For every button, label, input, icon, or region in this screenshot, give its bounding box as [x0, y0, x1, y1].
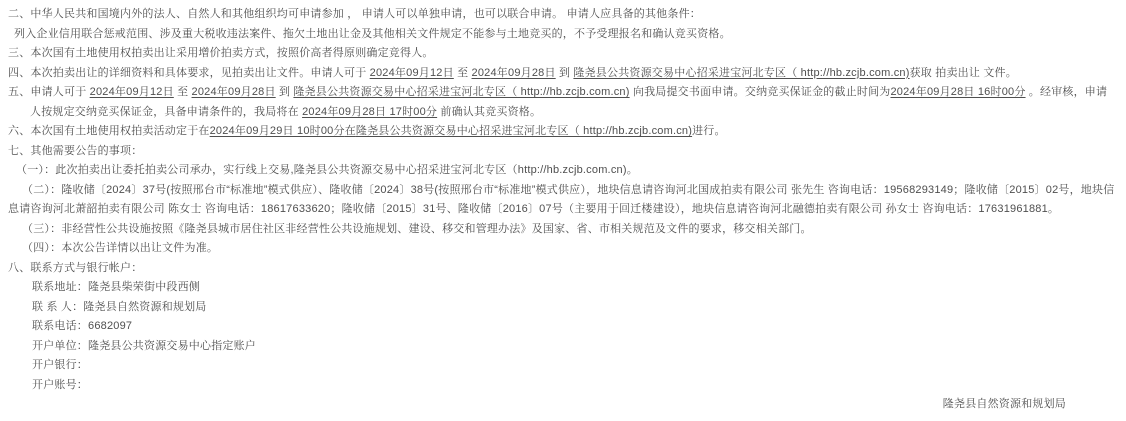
contact-address: 联系地址：隆尧县柴荣街中段西侧 [8, 278, 1118, 298]
document-body: 二、中华人民共和国境内外的法人、自然人和其他组织均可申请参加 ， 申请人可以单独… [8, 5, 1118, 395]
venue-link[interactable]: 隆尧县公共资源交易中心招采进宝河北专区（ http://hb.zcjb.com.… [573, 67, 909, 79]
clause-7-item-1: （一）：此次拍卖出让委托拍卖公司承办，实行线上交易,隆尧县公共资源交易中心招采进… [8, 161, 1118, 181]
clause-7-item-2: （二）：隆收储〔2024〕37号(按照邢台市“标准地”模式供应）、隆收储〔202… [8, 181, 1118, 220]
doc-text: 进行。 [692, 125, 726, 137]
clause-5: 五、申请人可于 2024年09月12日 至 2024年09月28日 到 隆尧县公… [8, 83, 1118, 122]
contact-person: 联 系 人：隆尧县自然资源和规划局 [8, 298, 1118, 318]
doc-text: 开户账号： [32, 379, 88, 391]
underlined-text: 在 [345, 125, 356, 137]
doc-text: 七、其他需要公告的事项： [8, 145, 142, 157]
doc-text: 至 [174, 86, 192, 98]
doc-text: 向我局提交书面申请。交纳竞买保证金的截止时间为 [630, 86, 891, 98]
doc-text: 八、联系方式与银行帐户： [8, 262, 142, 274]
announcement-document: 二、中华人民共和国境内外的法人、自然人和其他组织均可申请参加 ， 申请人可以单独… [0, 0, 1126, 421]
doc-text: 至 [454, 67, 472, 79]
doc-text: （三）：非经营性公共设施按照《隆尧县城市居住社区非经营性公共设施规划、建设、移交… [22, 223, 812, 235]
account-unit: 开户单位：隆尧县公共资源交易中心指定账户 [8, 337, 1118, 357]
underlined-text: 2024年09月28日 16时00分 [890, 86, 1025, 98]
clause-7: 七、其他需要公告的事项： [8, 142, 1118, 162]
venue-link[interactable]: 隆尧县公共资源交易中心招采进宝河北专区（ http://hb.zcjb.com.… [356, 125, 692, 137]
underlined-text: 2024年09月28日 [472, 67, 556, 79]
clause-2: 二、中华人民共和国境内外的法人、自然人和其他组织均可申请参加 ， 申请人可以单独… [8, 5, 1118, 25]
doc-text: 到 [276, 86, 294, 98]
underlined-text: 2024年09月28日 17时00分 [302, 106, 437, 118]
underlined-text: 2024年09月12日 [370, 67, 454, 79]
issuer-signature: 隆尧县自然资源和规划局 [8, 395, 1118, 415]
clause-6: 六、本次国有土地使用权拍卖活动定于在2024年09月29日 10时00分在隆尧县… [8, 122, 1118, 142]
doc-text: 开户银行： [32, 359, 88, 371]
underlined-text: 2024年09月29日 10时00分 [210, 125, 345, 137]
clause-3: 三、本次国有土地使用权拍卖出让采用增价拍卖方式，按照价高者得原则确定竞得人。 [8, 44, 1118, 64]
doc-text: 五、申请人可于 [8, 86, 90, 98]
doc-text: 获取 拍卖出让 文件。 [910, 67, 1017, 79]
clause-2-condition: 列入企业信用联合惩戒范围、涉及重大税收违法案件、拖欠土地出让金及其他相关文件规定… [8, 25, 1118, 45]
clause-8: 八、联系方式与银行帐户： [8, 259, 1118, 279]
underlined-text: 2024年09月28日 [192, 86, 276, 98]
contact-phone: 联系电话：6682097 [8, 317, 1118, 337]
doc-text: 前确认其竞买资格。 [437, 106, 541, 118]
doc-text: 三、本次国有土地使用权拍卖出让采用增价拍卖方式，按照价高者得原则确定竞得人。 [8, 47, 434, 59]
venue-link[interactable]: 隆尧县公共资源交易中心招采进宝河北专区（ http://hb.zcjb.com.… [293, 86, 629, 98]
doc-text: 联 系 人：隆尧县自然资源和规划局 [32, 301, 207, 313]
doc-text: 联系地址：隆尧县柴荣街中段西侧 [32, 281, 200, 293]
doc-text: 到 [556, 67, 574, 79]
underlined-text: 2024年09月12日 [90, 86, 174, 98]
clause-4: 四、本次拍卖出让的详细资料和具体要求，见拍卖出让文件。申请人可于 2024年09… [8, 64, 1118, 84]
doc-text: （一）：此次拍卖出让委托拍卖公司承办，实行线上交易,隆尧县公共资源交易中心招采进… [16, 164, 638, 176]
doc-text: 六、本次国有土地使用权拍卖活动定于在 [8, 125, 210, 137]
account-number: 开户账号： [8, 376, 1118, 396]
doc-text: 四、本次拍卖出让的详细资料和具体要求，见拍卖出让文件。申请人可于 [8, 67, 370, 79]
clause-7-item-4: （四）：本次公告详情以出让文件为准。 [8, 239, 1118, 259]
doc-text: 开户单位：隆尧县公共资源交易中心指定账户 [32, 340, 256, 352]
doc-text: （二）：隆收储〔2024〕37号(按照邢台市“标准地”模式供应）、隆收储〔202… [8, 184, 1114, 216]
doc-text: （四）：本次公告详情以出让文件为准。 [22, 242, 218, 254]
account-bank: 开户银行： [8, 356, 1118, 376]
doc-text: 二、中华人民共和国境内外的法人、自然人和其他组织均可申请参加 ， 申请人可以单独… [8, 8, 701, 20]
doc-text: 列入企业信用联合惩戒范围、涉及重大税收违法案件、拖欠土地出让金及其他相关文件规定… [14, 28, 731, 40]
clause-7-item-3: （三）：非经营性公共设施按照《隆尧县城市居住社区非经营性公共设施规划、建设、移交… [8, 220, 1118, 240]
doc-text: 联系电话：6682097 [32, 320, 132, 332]
